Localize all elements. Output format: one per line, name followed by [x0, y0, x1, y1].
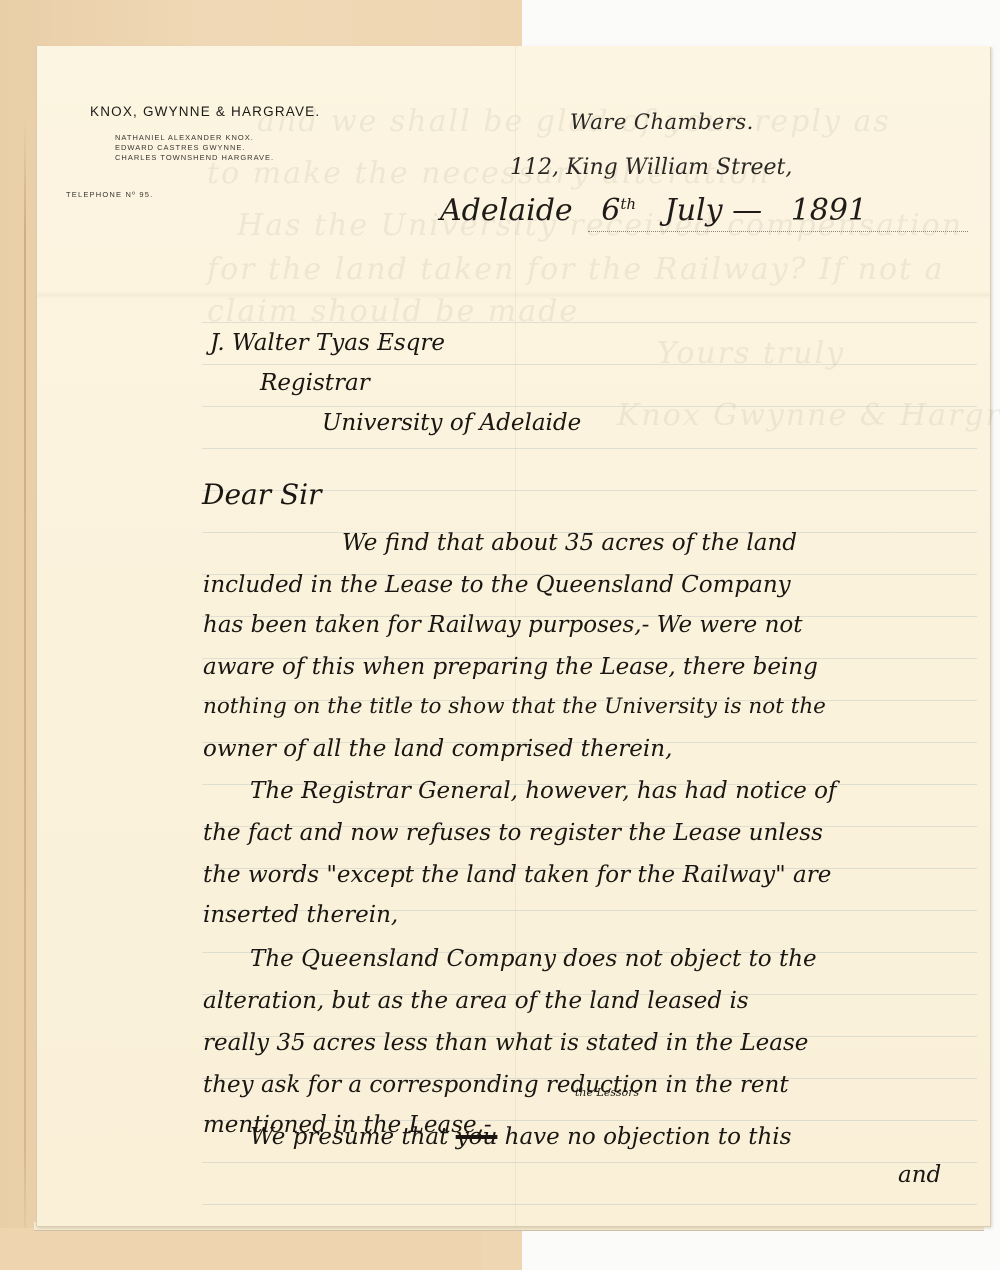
partner-list: NATHANIEL ALEXANDER KNOX. EDWARD CASTRES… [115, 133, 274, 163]
body-line: The Queensland Company does not object t… [250, 946, 817, 972]
body-line: aware of this when preparing the Lease, … [203, 654, 818, 680]
partner-name: CHARLES TOWNSHEND HARGRAVE. [115, 153, 274, 163]
addressee-title: Registrar [260, 370, 370, 396]
body-line: The Registrar General, however, has had … [250, 778, 837, 804]
ruled-line [202, 1162, 977, 1163]
addressee-institution: University of Adelaide [322, 410, 581, 436]
address-building: Ware Chambers. [570, 110, 754, 134]
telephone-number: TELEPHONE Nº 95. [66, 190, 153, 199]
bleed-through-line: for the land taken for the Railway? If n… [207, 252, 945, 287]
ruled-line [202, 448, 977, 449]
address-street: 112, King William Street, [510, 155, 792, 180]
date-day: 6 [601, 193, 620, 228]
date-day-suffix: th [620, 195, 636, 213]
backing-paper-bottom [0, 1228, 482, 1270]
body-line: has been taken for Railway purposes,- We… [203, 612, 803, 638]
body-line: We find that about 35 acres of the land [342, 530, 797, 556]
body-line: owner of all the land comprised therein, [203, 736, 672, 762]
ruled-line [202, 1204, 977, 1205]
date-city: Adelaide [440, 193, 573, 228]
ruled-line [202, 406, 977, 407]
body-line: really 35 acres less than what is stated… [203, 1030, 808, 1056]
addressee-name: J. Walter Tyas Esqre [210, 330, 445, 356]
bleed-through-line: Knox Gwynne & Hargrave [617, 398, 1000, 433]
body-line: the fact and now refuses to register the… [203, 820, 823, 846]
backing-fold-crease [24, 120, 26, 1260]
date-underline [588, 231, 968, 233]
date-month: July — [665, 193, 762, 228]
struck-word: you [456, 1124, 498, 1150]
partner-name: NATHANIEL ALEXANDER KNOX. [115, 133, 274, 143]
ruled-line [202, 322, 977, 323]
correction-insertion: the Lessors [575, 1086, 639, 1099]
bleed-through-line: Yours truly [657, 336, 845, 371]
salutation: Dear Sir [202, 478, 322, 511]
body-text: have no objection to this [505, 1124, 792, 1150]
date-year: 1891 [791, 193, 867, 228]
body-text: We presume that [250, 1124, 448, 1150]
body-line: nothing on the title to show that the Un… [203, 694, 826, 719]
body-line-corrected: We presume that you have no objection to… [250, 1124, 791, 1150]
ruled-line [202, 364, 977, 365]
body-line: they ask for a corresponding reduction i… [203, 1072, 789, 1098]
firm-name: KNOX, GWYNNE & HARGRAVE. [90, 104, 320, 119]
body-line: the words "except the land taken for the… [203, 862, 831, 888]
body-line: inserted therein, [203, 902, 398, 928]
body-line: alteration, but as the area of the land … [203, 988, 749, 1014]
date-line: Adelaide 6th July — 1891 [440, 193, 867, 228]
page-continuation-word: and [898, 1162, 941, 1188]
partner-name: EDWARD CASTRES GWYNNE. [115, 143, 274, 153]
body-line: included in the Lease to the Queensland … [203, 572, 791, 598]
bleed-through-line: claim should be made [207, 294, 579, 329]
